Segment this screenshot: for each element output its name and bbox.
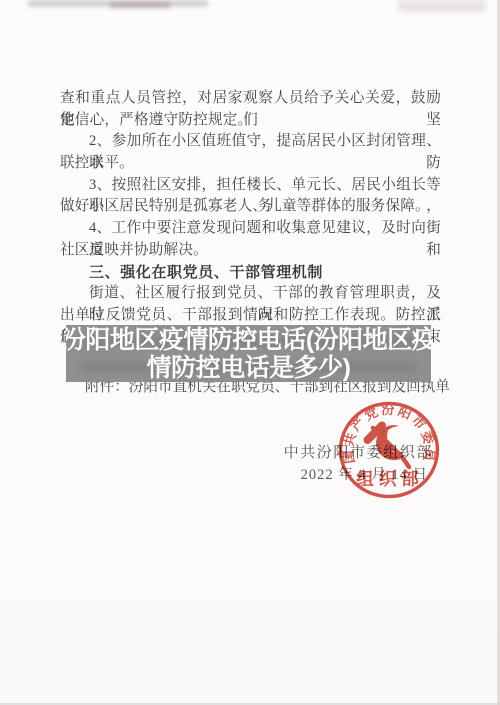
overlay-title-line1: 汾阳地区疫情防控电话(汾阳地区疫 bbox=[66, 326, 431, 354]
scan-edge-artifact bbox=[28, 0, 208, 7]
section-heading: 三、强化在职党员、干部管理机制 bbox=[60, 262, 441, 284]
body-line: 4、工作中要注意发现问题和收集意见建议，及时向街道和 bbox=[60, 218, 441, 240]
scan-edge-artifact bbox=[110, 2, 170, 8]
body-line: 做好小区居民特别是孤寡老人、儿童等群体的服务保障。 bbox=[60, 196, 441, 218]
seal-bottom-text: 组织部 bbox=[356, 469, 424, 489]
overlay-title-line2: 情防控电话是多少) bbox=[147, 354, 351, 382]
body-line: 街道、社区履行报到党员、干部的教育管理职责，及时向派 bbox=[60, 283, 441, 305]
hammer-sickle-icon bbox=[368, 425, 410, 467]
body-line: 查和重点人员管控，对居家观察人员给予关心关爱，鼓励他们坚 bbox=[60, 88, 441, 110]
official-seal: 中国共产党汾阳市委员会 组织部 bbox=[336, 399, 442, 501]
document-body: 查和重点人员管控，对居家观察人员给予关心关爱，鼓励他们坚 定信心，严格遵守防控规… bbox=[60, 88, 441, 348]
scan-edge-artifact bbox=[398, 0, 486, 12]
title-overlay-banner: 汾阳地区疫情防控电话(汾阳地区疫 情防控电话是多少) bbox=[66, 325, 431, 382]
body-line: 3、按照社区安排，担任楼长、单元长、居民小组长等职务， bbox=[60, 175, 441, 197]
body-line: 出单位反馈党员、干部报到情况和防控工作表现。防控工作结束 bbox=[60, 305, 441, 327]
scanned-document-page: 查和重点人员管控，对居家观察人员给予关心关爱，鼓励他们坚 定信心，严格遵守防控规… bbox=[0, 0, 500, 705]
body-line: 2、参加所在小区值班值守，提高居民小区封闭管理、联防 bbox=[60, 131, 441, 153]
